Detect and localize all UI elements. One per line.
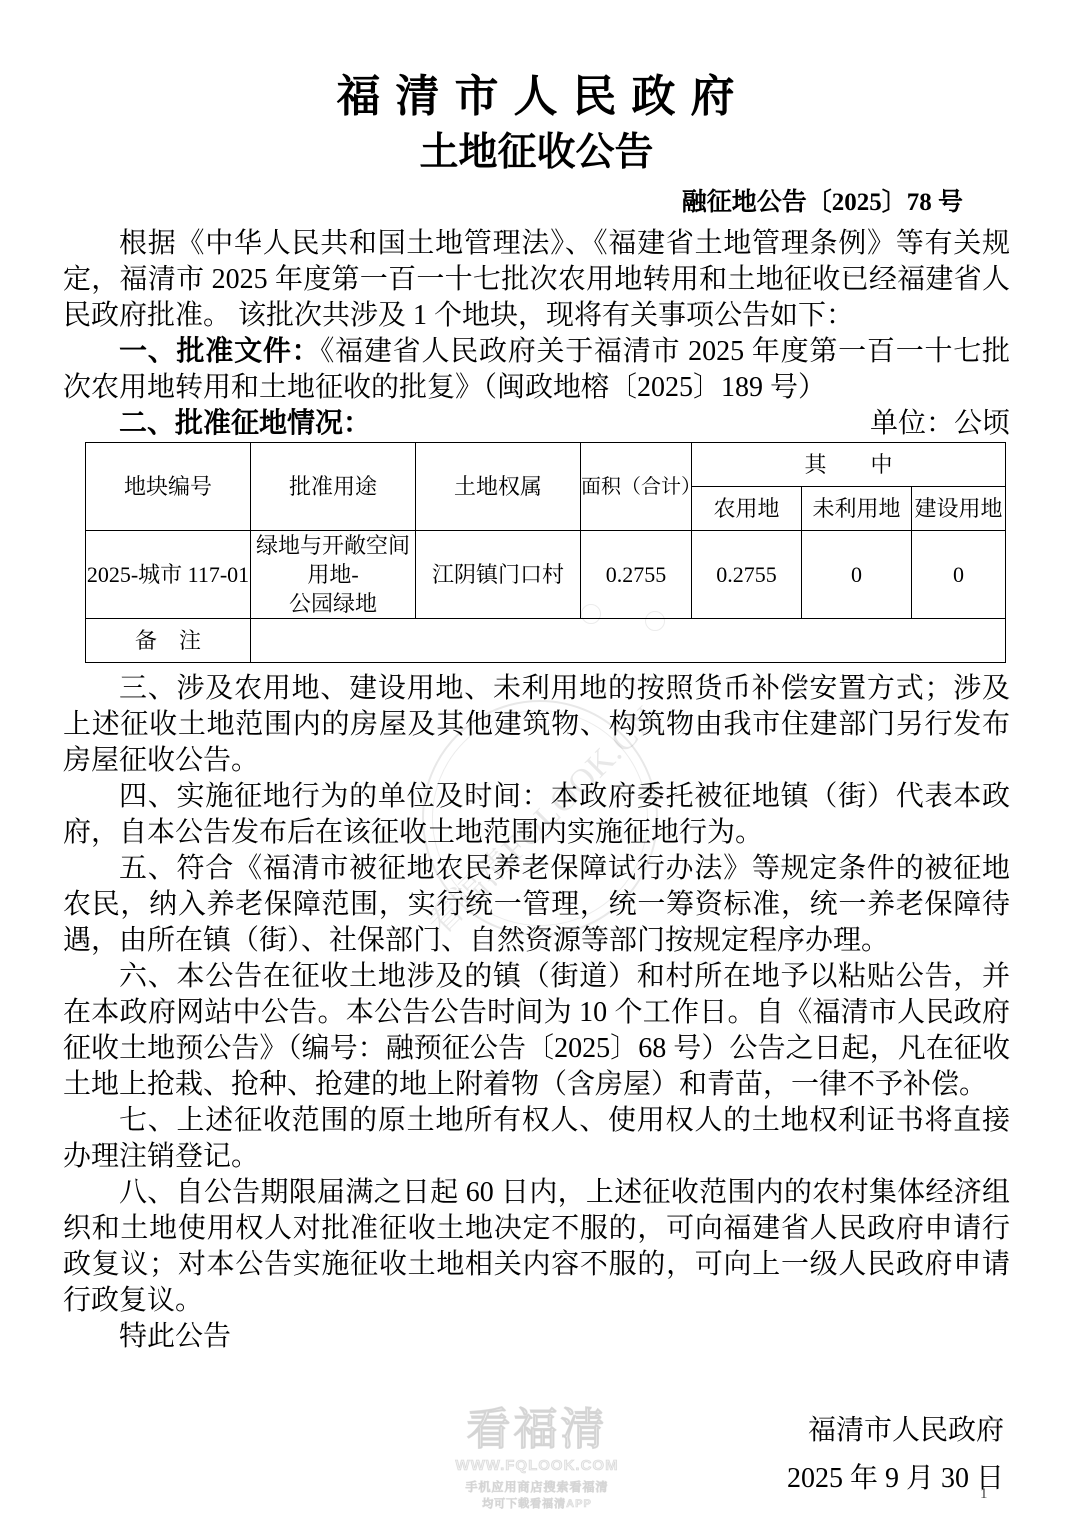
cell-approved-use-line2: 公园绿地 xyxy=(251,589,415,618)
col-header-farmland: 农用地 xyxy=(692,487,802,531)
section-4-paragraph: 四、实施征地行为的单位及时间：本政府委托被征地镇（街）代表本政府，自本公告发布后… xyxy=(63,779,1010,851)
col-header-ownership: 土地权属 xyxy=(416,443,581,531)
col-header-unused: 未利用地 xyxy=(802,487,912,531)
section-3-paragraph: 三、涉及农用地、建设用地、未利用地的按照货币补偿安置方式；涉及上述征收土地范围内… xyxy=(63,671,1010,779)
unit-label: 单位：公顷 xyxy=(814,406,1010,442)
table-header-row-1: 地块编号 批准用途 土地权属 面积（合计） 其 中 xyxy=(86,443,1006,487)
signature-date: 2025 年 9 月 30 日 xyxy=(63,1455,1004,1503)
section-2-paragraph: 单位：公顷二、批准征地情况： xyxy=(63,406,1010,442)
page-title: 福 清 市 人 民 政 府 xyxy=(63,70,1010,124)
section-8-paragraph: 八、自公告期限届满之日起 60 日内，上述征收范围内的农村集体经济组织和土地使用… xyxy=(63,1175,1010,1319)
signature-org: 福清市人民政府 xyxy=(63,1407,1004,1455)
remark-label: 备 注 xyxy=(86,619,251,663)
section-1-paragraph: 一、批准文件：《福建省人民政府关于福清市 2025 年度第一百一十七批次农用地转… xyxy=(63,334,1010,406)
intro-paragraph: 根据《中华人民共和国土地管理法》、《福建省土地管理条例》等有关规定，福清市 20… xyxy=(63,226,1010,334)
remark-value xyxy=(251,619,1006,663)
cell-construction: 0 xyxy=(912,531,1006,619)
table-row: 2025-城市 117-01 绿地与开敞空间用地- 公园绿地 江阴镇门口村 0.… xyxy=(86,531,1006,619)
section-6-paragraph: 六、本公告在征收土地涉及的镇（街道）和村所在地予以粘贴公告，并在本政府网站中公告… xyxy=(63,959,1010,1103)
cell-unused: 0 xyxy=(802,531,912,619)
col-header-plot-no: 地块编号 xyxy=(86,443,251,531)
section-2-label: 二、批准征地情况： xyxy=(119,408,371,439)
col-header-group: 其 中 xyxy=(692,443,1006,487)
page-subtitle: 土地征收公告 xyxy=(63,130,1010,176)
col-header-area-total: 面积（合计） xyxy=(581,443,692,531)
cell-area-total: 0.2755 xyxy=(581,531,692,619)
signature-block: 福清市人民政府 2025 年 9 月 30 日 xyxy=(63,1407,1010,1503)
cell-ownership: 江阴镇门口村 xyxy=(416,531,581,619)
document-page: 看福清FQLOOK.CN 福 清 市 人 民 政 府 土地征收公告 融征地公告〔… xyxy=(0,0,1080,1527)
section-1-label: 一、批准文件： xyxy=(119,336,320,367)
approval-table: 地块编号 批准用途 土地权属 面积（合计） 其 中 农用地 未利用地 建设用地 … xyxy=(85,442,1006,663)
col-header-approved-use: 批准用途 xyxy=(251,443,416,531)
section-7-paragraph: 七、上述征收范围的原土地所有权人、使用权人的土地权利证书将直接办理注销登记。 xyxy=(63,1103,1010,1175)
closing-line: 特此公告 xyxy=(63,1319,1010,1355)
table-remark-row: 备 注 xyxy=(86,619,1006,663)
doc-number: 融征地公告〔2025〕78 号 xyxy=(63,186,1010,220)
section-5-paragraph: 五、符合《福清市被征地农民养老保障试行办法》等规定条件的被征地农民，纳入养老保障… xyxy=(63,851,1010,959)
cell-plot-no: 2025-城市 117-01 xyxy=(86,531,251,619)
cell-farmland: 0.2755 xyxy=(692,531,802,619)
cell-approved-use-line1: 绿地与开敞空间用地- xyxy=(251,531,415,589)
page-number: 1 xyxy=(980,1486,988,1503)
cell-approved-use: 绿地与开敞空间用地- 公园绿地 xyxy=(251,531,416,619)
document-content: 福 清 市 人 民 政 府 土地征收公告 融征地公告〔2025〕78 号 根据《… xyxy=(0,0,1080,1503)
col-header-construction: 建设用地 xyxy=(912,487,1006,531)
